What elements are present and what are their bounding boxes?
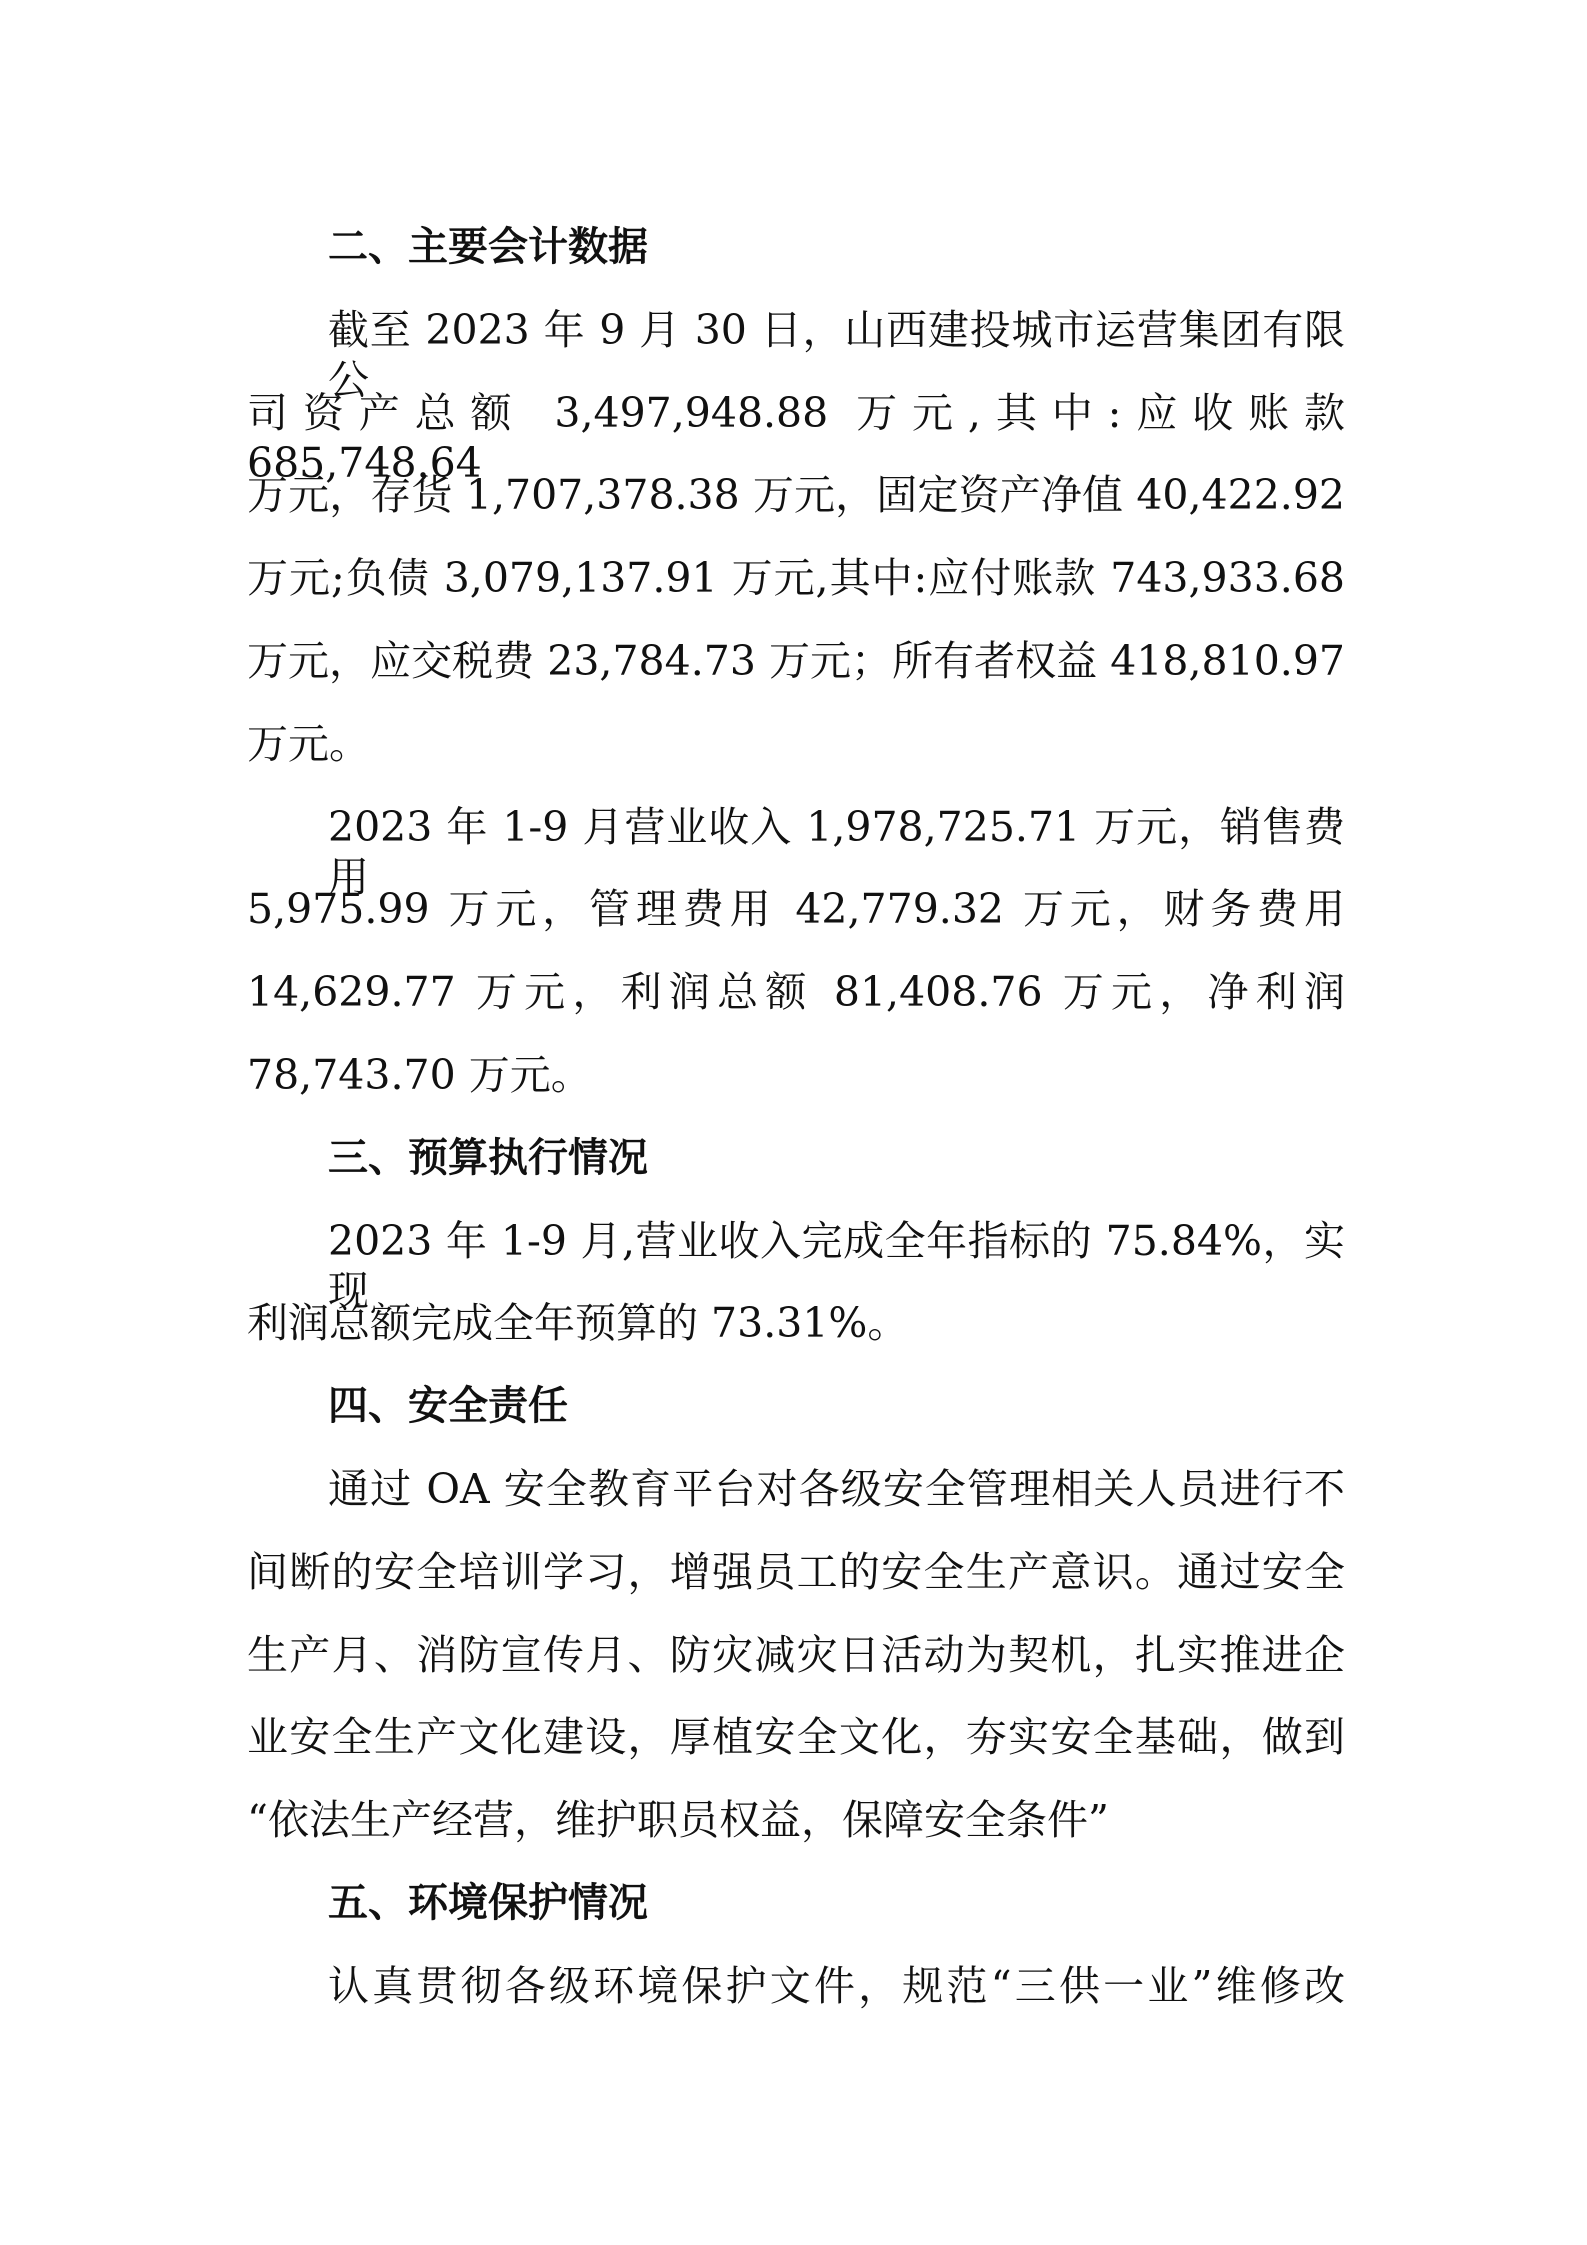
section-accounting-data: 二、主要会计数据 截至 2023 年 9 月 30 日，山西建投城市运营集团有限…: [247, 222, 1345, 1133]
section-environmental-protection: 五、环境保护情况 认真贯彻各级环境保护文件，规范“三供一业”维修改: [247, 1878, 1345, 2044]
section-heading: 三、预算执行情况: [247, 1133, 1345, 1216]
text-line: 认真贯彻各级环境保护文件，规范“三供一业”维修改: [247, 1961, 1345, 2044]
text-line: 14,629.77 万元，利润总额 81,408.76 万元，净利润: [247, 967, 1345, 1050]
text-line: 万元，存货 1,707,378.38 万元，固定资产净值 40,422.92: [247, 470, 1345, 553]
text-line: 通过 OA 安全教育平台对各级安全管理相关人员进行不: [247, 1464, 1345, 1547]
text-line: 78,743.70 万元。: [247, 1050, 1345, 1133]
section-heading: 五、环境保护情况: [247, 1878, 1345, 1961]
paragraph: 认真贯彻各级环境保护文件，规范“三供一业”维修改: [247, 1961, 1345, 2044]
text-line: 司资产总额 3,497,948.88 万元,其中:应收账款 685,748.64: [247, 388, 1345, 471]
text-line: 万元。: [247, 719, 1345, 802]
section-heading: 四、安全责任: [247, 1381, 1345, 1464]
text-line: 间断的安全培训学习，增强员工的安全生产意识。通过安全: [247, 1547, 1345, 1630]
text-line: 万元;负债 3,079,137.91 万元,其中:应付账款 743,933.68: [247, 553, 1345, 636]
section-budget-execution: 三、预算执行情况 2023 年 1-9 月,营业收入完成全年指标的 75.84%…: [247, 1133, 1345, 1381]
paragraph: 2023 年 1-9 月营业收入 1,978,725.71 万元，销售费用 5,…: [247, 802, 1345, 1133]
section-safety-responsibility: 四、安全责任 通过 OA 安全教育平台对各级安全管理相关人员进行不 间断的安全培…: [247, 1381, 1345, 1878]
text-line: 5,975.99 万元，管理费用 42,779.32 万元，财务费用: [247, 884, 1345, 967]
text-line: “依法生产经营，维护职员权益，保障安全条件”: [247, 1795, 1345, 1878]
text-line: 截至 2023 年 9 月 30 日，山西建投城市运营集团有限公: [247, 305, 1345, 388]
text-line: 利润总额完成全年预算的 73.31%。: [247, 1298, 1345, 1381]
text-line: 业安全生产文化建设，厚植安全文化，夯实安全基础，做到: [247, 1712, 1345, 1795]
paragraph: 通过 OA 安全教育平台对各级安全管理相关人员进行不 间断的安全培训学习，增强员…: [247, 1464, 1345, 1878]
text-line: 2023 年 1-9 月营业收入 1,978,725.71 万元，销售费用: [247, 802, 1345, 885]
text-line: 生产月、消防宣传月、防灾减灾日活动为契机，扎实推进企: [247, 1630, 1345, 1713]
paragraph: 截至 2023 年 9 月 30 日，山西建投城市运营集团有限公 司资产总额 3…: [247, 305, 1345, 802]
section-heading: 二、主要会计数据: [247, 222, 1345, 305]
paragraph: 2023 年 1-9 月,营业收入完成全年指标的 75.84%，实现 利润总额完…: [247, 1216, 1345, 1382]
text-line: 万元，应交税费 23,784.73 万元；所有者权益 418,810.97: [247, 636, 1345, 719]
document-page: 二、主要会计数据 截至 2023 年 9 月 30 日，山西建投城市运营集团有限…: [247, 222, 1345, 2044]
text-line: 2023 年 1-9 月,营业收入完成全年指标的 75.84%，实现: [247, 1216, 1345, 1299]
